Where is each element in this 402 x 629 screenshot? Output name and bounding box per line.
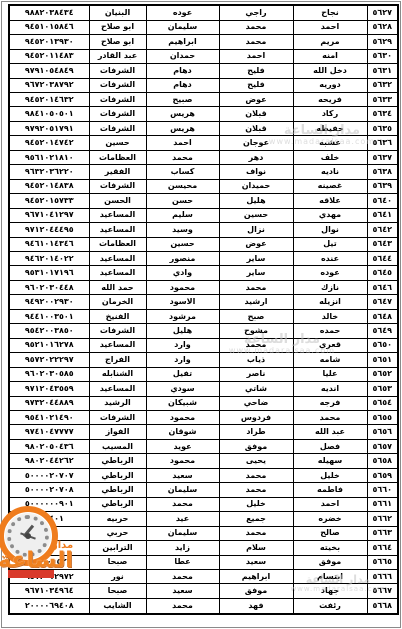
cell-father-name: فهد [219, 598, 293, 614]
cell-id: ٥٦٤٦ [367, 280, 398, 294]
cell-family-name: الشنابله [89, 367, 146, 381]
table-row: ٥٦٢٧ نجاح راجي عوده البنيان ٩٨٨٢٠٣٨٤٣٤ [9, 5, 398, 20]
table-row: ٥٦٦٢ خضره جميع عيد حربيه ٠٠٤٤٠١ [9, 512, 398, 526]
cell-first-name: قعري [293, 338, 367, 352]
cell-phone: ٩٨٤١٠٥٠٥٠١ [9, 107, 89, 121]
cell-grandfather-name: محمد [146, 150, 219, 164]
cell-grandfather-name: حسن [146, 194, 219, 208]
table-row: ٥٦٦٠ فاطمه محمد سليمان الرباطي ٥٠٠٠٠٢٠٧٠… [9, 483, 398, 497]
cell-father-name: محمد [219, 526, 293, 540]
cell-phone: ٩٦٧٢٠٣٨٧٩٢ [9, 78, 89, 92]
cell-grandfather-name: وارد [146, 338, 219, 352]
cell-family-name: حسين [89, 136, 146, 150]
cell-first-name: انزيله [293, 295, 367, 309]
cell-phone: ٩٦٧١٠٣٤٩٦٤ [9, 584, 89, 598]
cell-phone: ٩٤٥٢٠١٤٦٣٢ [9, 93, 89, 107]
cell-grandfather-name: حمدان [146, 49, 219, 63]
cell-father-name: محمد [219, 338, 293, 352]
cell-father-name: دهر [219, 150, 293, 164]
table-row: ٥٦٦١ احمد خليل محمد الرباطي ٥٠٠٠٠٠٠٩٠١ [9, 497, 398, 511]
table-row: ٥٦٥٠ قعري محمد وارد المساعيد ٩٥٢١٠١٦٢٧٨ [9, 338, 398, 352]
cell-phone: ٩٧١٢٠٤٣٥٥٩ [9, 382, 89, 396]
cell-grandfather-name: محمود [146, 410, 219, 424]
cell-father-name: محمد [219, 35, 293, 49]
cell-father-name: محمد [219, 20, 293, 34]
cell-id: ٥٦٤٠ [367, 194, 398, 208]
cell-phone: ٩٨٠٢٠٤٤٢٦٢ [9, 454, 89, 468]
cell-first-name: خلف [293, 150, 367, 164]
table-row: ٥٦٤٠ علاقه هليل حسن الحسن ٩٤٥٢٠١٥٧٣٣ [9, 194, 398, 208]
table-row: ٥٦٣٢ دوريه فليح دهام الشرفات ٩٦٧٢٠٣٨٧٩٢ [9, 78, 398, 92]
cell-family-name: الشرفات [89, 410, 146, 424]
cell-first-name: مريم [293, 35, 367, 49]
table-row: ٥٦٤٩ حمده مشوح هليل الشرفات ٩٥٤٢٠٠٣٨٥٠ [9, 324, 398, 338]
cell-grandfather-name: وارد [146, 353, 219, 367]
cell-father-name: راجي [219, 5, 293, 20]
cell-first-name: فرجه [293, 396, 367, 410]
cell-family-name: نور [89, 569, 146, 583]
cell-first-name: ركاد [293, 107, 367, 121]
cell-id: ٥٦٥٨ [367, 454, 398, 468]
table-row: ٥٦٥٩ خليل محمد سعيد الرباطي ٥٠٠٠٠٢٠٧٠٧ [9, 468, 398, 482]
cell-family-name: الرباطي [89, 483, 146, 497]
cell-father-name: محمد [219, 483, 293, 497]
cell-grandfather-name: هليل [146, 324, 219, 338]
cell-phone: ٩٦٧١٠٤١٢٩٧ [9, 208, 89, 222]
cell-phone: ٩٧٤١٠٤٧٧٧٧ [9, 425, 89, 439]
cell-father-name: جميع [219, 512, 293, 526]
cell-father-name: محمد [219, 280, 293, 294]
cell-phone: ٩٧٣٢٠٤٤٨٨٩ [9, 396, 89, 410]
cell-grandfather-name: منصور [146, 252, 219, 266]
cell-family-name: صبحا [89, 584, 146, 598]
cell-grandfather-name: شوقان [146, 425, 219, 439]
cell-phone: ٩٤٥٢٠١٥٧٣٣ [9, 194, 89, 208]
cell-father-name: ساير [219, 266, 293, 280]
cell-family-name: المساعيد [89, 223, 146, 237]
cell-id: ٥٦٣٥ [367, 121, 398, 135]
table-row: ٥٦٤٥ عوده ساير وادي المساعيد ٩٥٣١٠١٧١٩٦ [9, 266, 398, 280]
cell-phone: ٢٠٠٠٠٦٩٤٠٨ [9, 598, 89, 614]
cell-grandfather-name: عيد [146, 512, 219, 526]
cell-phone: ٩٧٩٢٠٥١٧٩١ [9, 121, 89, 135]
cell-father-name: نواف [219, 165, 293, 179]
cell-id: ٥٦٤١ [367, 208, 398, 222]
cell-family-name: الخرمان [89, 295, 146, 309]
cell-first-name: عوده [293, 266, 367, 280]
cell-id: ٥٦٤٩ [367, 324, 398, 338]
cell-first-name: فصل [293, 439, 367, 453]
cell-phone: ٠٠٤٤٠١ [9, 512, 89, 526]
cell-id: ٥٦٣٧ [367, 150, 398, 164]
cell-father-name: عوض [219, 237, 293, 251]
cell-id: ٥٦٣٨ [367, 165, 398, 179]
table-row: ٥٦٦٨ رئفت فهد محمد الشايب ٢٠٠٠٠٦٩٤٠٨ [9, 598, 398, 614]
cell-id: ٥٦٣٠ [367, 49, 398, 63]
cell-grandfather-name: وسيد [146, 223, 219, 237]
table-row: ٥٦٦٤ بخيته سلام زايد الترابين ٧ [9, 541, 398, 555]
cell-first-name: انديه [293, 382, 367, 396]
cell-family-name: ابو صلاح [89, 20, 146, 34]
cell-grandfather-name: الاسود [146, 295, 219, 309]
table-row: ٥٦٦٦ ابتسام ابراهيم محمد نور ٩٥١٢٠١٢٩٧٢ [9, 569, 398, 583]
cell-father-name: ناصر [219, 367, 293, 381]
cell-family-name: حربي [89, 526, 146, 540]
cell-family-name: الترابين [89, 541, 146, 555]
cell-id: ٥٦٦٤ [367, 541, 398, 555]
cell-first-name: ناديه [293, 165, 367, 179]
cell-grandfather-name: عوده [146, 5, 219, 20]
cell-grandfather-name: سليمان [146, 526, 219, 540]
cell-phone: ٩٤٥٢٠١٤٧٤٢ [9, 136, 89, 150]
cell-family-name: المساعيد [89, 338, 146, 352]
cell-father-name: عوجان [219, 136, 293, 150]
cell-id: ٥٦٣٢ [367, 78, 398, 92]
cell-id: ٥٦٥٦ [367, 425, 398, 439]
table-row: ٥٦٤٤ عنده ساير منصور المساعيد ٩٤٦٢٠١٤٠٢٢ [9, 252, 398, 266]
cell-phone: ٩٦٠٢٠٣٠٤٤٨ [9, 280, 89, 294]
table-row: ٥٦٣٨ ناديه نواف كساب الفقير ٩٦٣٢٠٣٦٢٢٠ [9, 165, 398, 179]
cell-grandfather-name: زايد [146, 541, 219, 555]
table-row: ٥٦٢٨ احمد محمد سليمان ابو صلاح ٩٤٥١٠١٥٨٤… [9, 20, 398, 34]
cell-phone: ٩٤٤١٠٠٣٥٠١ [9, 309, 89, 323]
table-row: ٥٦٥٨ سهيله يحيى محمود الرباطي ٩٨٠٢٠٤٤٢٦٢ [9, 454, 398, 468]
cell-id: ٥٦٢٧ [367, 5, 398, 20]
cell-first-name: عنده [293, 252, 367, 266]
cell-father-name: احمد [219, 49, 293, 63]
table-row: ٥٦٥٤ فرجه ضاحي شبيكان الرشيد ٩٧٣٢٠٤٤٨٨٩ [9, 396, 398, 410]
records-table: ٥٦٢٧ نجاح راجي عوده البنيان ٩٨٨٢٠٣٨٤٣٤ ٥… [8, 4, 399, 615]
cell-family-name: الشرفات [89, 93, 146, 107]
cell-father-name: صبح [219, 309, 293, 323]
cell-father-name: يحيى [219, 454, 293, 468]
cell-grandfather-name: سليمان [146, 20, 219, 34]
cell-family-name: حمد الله [89, 280, 146, 294]
table-row: ٥٦٤٣ تيل عوض حسين العظامات ٩٤٦١٠١٤٣٤٦ [9, 237, 398, 251]
cell-id: ٥٦٤٨ [367, 309, 398, 323]
cell-first-name: سهيله [293, 454, 367, 468]
cell-family-name: الرباطي [89, 497, 146, 511]
cell-first-name: موفق [293, 555, 367, 569]
cell-father-name: موفق [219, 584, 293, 598]
cell-grandfather-name: كساب [146, 165, 219, 179]
table-row: ٥٦٥١ شامه ذياب وارد الفراج ٩٥٧٢٠٢٢٢٩٧ [9, 353, 398, 367]
cell-phone: ٦٢٨١٠٠٥٢٣ [9, 555, 89, 569]
cell-grandfather-name: سعيد [146, 468, 219, 482]
cell-id: ٥٦٦١ [367, 497, 398, 511]
cell-first-name: نازك [293, 280, 367, 294]
cell-id: ٥٦٣٩ [367, 179, 398, 193]
cell-phone: ٧ [9, 541, 89, 555]
table-row: ٥٦٦٥ موفق سعيد عطا صبحا ٦٢٨١٠٠٥٢٣ [9, 555, 398, 569]
cell-id: ٥٦٣٤ [367, 107, 398, 121]
cell-father-name: هليل [219, 194, 293, 208]
cell-grandfather-name: محيسن [146, 179, 219, 193]
cell-family-name: الشايب [89, 598, 146, 614]
table-row: ٥٦٣٦ عشبه عوجان احمد حسين ٩٤٥٢٠١٤٧٤٢ [9, 136, 398, 150]
cell-family-name: الشرفات [89, 179, 146, 193]
cell-father-name: خليل [219, 497, 293, 511]
cell-family-name: المساعيد [89, 208, 146, 222]
cell-first-name: تيل [293, 237, 367, 251]
cell-first-name: امنه [293, 49, 367, 63]
cell-father-name: فليح [219, 64, 293, 78]
cell-father-name: عوض [219, 93, 293, 107]
cell-phone: ٩٥١٢٠١٢٩٧٢ [9, 569, 89, 583]
cell-id: ٥٦٥٤ [367, 396, 398, 410]
cell-father-name: ضاحي [219, 396, 293, 410]
cell-id: ٥٦٦٢ [367, 512, 398, 526]
cell-phone: ٩٥٢١٠١٦٢٧٨ [9, 338, 89, 352]
cell-father-name: قبلان [219, 107, 293, 121]
cell-grandfather-name: عويد [146, 439, 219, 453]
table-row: ٥٦٤٨ خالد صبح مرشود الفنيخ ٩٤٤١٠٠٣٥٠١ [9, 309, 398, 323]
cell-id: ٥٦٥٠ [367, 338, 398, 352]
cell-first-name: عبد الله [293, 425, 367, 439]
cell-family-name: المساعيد [89, 382, 146, 396]
cell-grandfather-name: دهام [146, 78, 219, 92]
cell-id: ٥٦٢٨ [367, 20, 398, 34]
cell-id: ٥٦٤٧ [367, 295, 398, 309]
cell-first-name: دوريه [293, 78, 367, 92]
cell-first-name: نجاح [293, 5, 367, 20]
cell-grandfather-name: هريس [146, 121, 219, 135]
cell-first-name: حفيظه [293, 121, 367, 135]
table-row: ٥٦٥٦ عبد الله طراد شوقان الفواز ٩٧٤١٠٤٧٧… [9, 425, 398, 439]
cell-first-name: عليا [293, 367, 367, 381]
cell-grandfather-name: صبيح [146, 93, 219, 107]
cell-first-name: دخل الله [293, 64, 367, 78]
table-row: ٥٦٣٩ غصينه حميدان محيسن الشرفات ٩٤٥٢٠١٤٨… [9, 179, 398, 193]
cell-father-name: نزال [219, 223, 293, 237]
cell-grandfather-name: مرشود [146, 309, 219, 323]
cell-family-name: عبد القادر [89, 49, 146, 63]
cell-id: ٥٦٥٣ [367, 382, 398, 396]
cell-grandfather-name: سعيد [146, 584, 219, 598]
cell-phone: ٩٥٧٢٠٢٢٢٩٧ [9, 353, 89, 367]
cell-family-name: الشرفات [89, 107, 146, 121]
table-row: ٥٦٤٢ نوال نزال وسيد المساعيد ٩٧١٢٠٤٤٤٩٥ [9, 223, 398, 237]
cell-id: ٥٦٣١ [367, 64, 398, 78]
cell-family-name: الشرفات [89, 64, 146, 78]
cell-family-name: الفواز [89, 425, 146, 439]
table-row: ٥٦٤٦ نازك محمد محمود حمد الله ٩٦٠٢٠٣٠٤٤٨ [9, 280, 398, 294]
cell-family-name: الحسن [89, 194, 146, 208]
table-row: ٥٦٥٧ فصل موفق عويد المسيب ٩٨٠٢٠٥٠٤٣٦ [9, 439, 398, 453]
cell-father-name: شاتي [219, 382, 293, 396]
table-row: ٥٦٤١ مهدي حسين سليم المساعيد ٩٦٧١٠٤١٢٩٧ [9, 208, 398, 222]
cell-phone: ٩٥٤٢٠٠٣٨٥٠ [9, 324, 89, 338]
table-row: ٥٦٥٥ محمد فردوس محمود الشرفات ٩٥٤١٠٢١٤٩٠ [9, 410, 398, 424]
cell-family-name: الرشيد [89, 396, 146, 410]
cell-id: ٥٦٦٠ [367, 483, 398, 497]
cell-phone: ٩٤٩٢٠٠٢٩٣٠ [9, 295, 89, 309]
cell-phone: ٩٤٥٢٠١١٤٨٣ [9, 49, 89, 63]
cell-id: ٥٦٤٥ [367, 266, 398, 280]
cell-first-name: غصينه [293, 179, 367, 193]
cell-phone: ٩٤٥١٠١٥٨٤٦ [9, 20, 89, 34]
cell-family-name: البنيان [89, 5, 146, 20]
cell-father-name: سلام [219, 541, 293, 555]
cell-grandfather-name: حسين [146, 237, 219, 251]
cell-grandfather-name: محمد [146, 569, 219, 583]
cell-id: ٥٦٦٦ [367, 569, 398, 583]
cell-family-name: المساعيد [89, 266, 146, 280]
table-row: ٥٦٢٩ مريم محمد ابراهيم ابو صلاح ٩٤٥٢٠١٣٩… [9, 35, 398, 49]
cell-phone: ٥٠٠٠٠٢٠٧٠٧ [9, 468, 89, 482]
cell-father-name: مشوح [219, 324, 293, 338]
cell-family-name: الفقير [89, 165, 146, 179]
cell-grandfather-name: تفيل [146, 367, 219, 381]
cell-phone: ٩٥٦١٠٢١٨١٠ [9, 150, 89, 164]
cell-first-name: احمد [293, 20, 367, 34]
cell-phone: ٩٥٤١٠٢١٤٩٠ [9, 410, 89, 424]
table-row: ٥٦٣١ دخل الله فليح دهام الشرفات ٩٧٩١٠٥٤٨… [9, 64, 398, 78]
cell-phone: ٩٤٦١٠١٤٣٤٦ [9, 237, 89, 251]
cell-family-name: ابو صلاح [89, 35, 146, 49]
cell-first-name: ابتسام [293, 569, 367, 583]
cell-family-name: العظامات [89, 237, 146, 251]
cell-first-name: خالد [293, 309, 367, 323]
cell-first-name: بخيته [293, 541, 367, 555]
cell-phone: ٥٠٠٠٠٠٠٩٠١ [9, 497, 89, 511]
cell-grandfather-name: شبيكان [146, 396, 219, 410]
cell-family-name: صبحا [89, 555, 146, 569]
cell-family-name: الشرفات [89, 324, 146, 338]
table-row: ٥٦٣٥ حفيظه قبلان هريس الشرفات ٩٧٩٢٠٥١٧٩١ [9, 121, 398, 135]
cell-phone: ٩٨٨٢٠٣٨٤٣٤ [9, 5, 89, 20]
cell-first-name: صالح [293, 526, 367, 540]
records-table-body: ٥٦٢٧ نجاح راجي عوده البنيان ٩٨٨٢٠٣٨٤٣٤ ٥… [9, 5, 398, 614]
table-row: ٥٦٦٧ جهاد موفق سعيد صبحا ٩٦٧١٠٣٤٩٦٤ [9, 584, 398, 598]
cell-phone: ٩٧٩١٠٥٤٨٤٩ [9, 64, 89, 78]
cell-phone: ٩٦٠٢٠٣٠٥٨٥ [9, 367, 89, 381]
cell-father-name: فردوس [219, 410, 293, 424]
cell-id: ٥٦٥٢ [367, 367, 398, 381]
cell-id: ٥٦٦٥ [367, 555, 398, 569]
cell-grandfather-name: محمود [146, 280, 219, 294]
cell-family-name: الرباطي [89, 454, 146, 468]
cell-father-name: ذياب [219, 353, 293, 367]
cell-id: ٥٦٦٧ [367, 584, 398, 598]
cell-first-name: فريحه [293, 93, 367, 107]
cell-family-name: الشرفات [89, 121, 146, 135]
cell-grandfather-name: ابراهيم [146, 35, 219, 49]
cell-id: ٥٦٥٧ [367, 439, 398, 453]
cell-grandfather-name: محمود [146, 454, 219, 468]
cell-phone: ٩٦٣٢٠٣٦٢٢٠ [9, 165, 89, 179]
cell-family-name: العظامات [89, 150, 146, 164]
cell-father-name: ابراهيم [219, 569, 293, 583]
cell-family-name: الفراج [89, 353, 146, 367]
cell-father-name: حميدان [219, 179, 293, 193]
cell-first-name: فاطمه [293, 483, 367, 497]
cell-phone: ٩٤٥٢٠١٣٩٣٠ [9, 35, 89, 49]
cell-id: ٥٦٤٣ [367, 237, 398, 251]
cell-id: ٥٦٣٣ [367, 93, 398, 107]
cell-id: ٥٦٦٨ [367, 598, 398, 614]
cell-father-name: فليح [219, 78, 293, 92]
cell-grandfather-name: دهام [146, 64, 219, 78]
table-row: ٥٦٥٣ انديه شاتي سودي المساعيد ٩٧١٢٠٤٣٥٥٩ [9, 382, 398, 396]
cell-id: ٥٦٥٩ [367, 468, 398, 482]
cell-grandfather-name: سودي [146, 382, 219, 396]
table-row: ٥٦٣٣ فريحه عوض صبيح الشرفات ٩٤٥٢٠١٤٦٣٢ [9, 93, 398, 107]
cell-id: ٥٦٣٦ [367, 136, 398, 150]
cell-family-name: الفنيخ [89, 309, 146, 323]
cell-family-name: حربيه [89, 512, 146, 526]
cell-grandfather-name: محمد [146, 598, 219, 614]
cell-phone: ٥٠٠٠٠٢٠٧٠٨ [9, 483, 89, 497]
table-row: ٥٦٣٧ خلف دهر محمد العظامات ٩٥٦١٠٢١٨١٠ [9, 150, 398, 164]
table-row: ٥٦٤٧ انزيله ارشيد الاسود الخرمان ٩٤٩٢٠٠٢… [9, 295, 398, 309]
cell-father-name: موفق [219, 439, 293, 453]
cell-first-name: حمده [293, 324, 367, 338]
table-row: ٥٦٣٠ امنه احمد حمدان عبد القادر ٩٤٥٢٠١١٤… [9, 49, 398, 63]
cell-father-name: محمد [219, 468, 293, 482]
cell-first-name: شامه [293, 353, 367, 367]
cell-phone: ٧ [9, 526, 89, 540]
cell-family-name: المسيب [89, 439, 146, 453]
cell-father-name: قبلان [219, 121, 293, 135]
cell-phone: ٩٧١٢٠٤٤٤٩٥ [9, 223, 89, 237]
cell-id: ٥٦٥١ [367, 353, 398, 367]
cell-phone: ٩٤٥٢٠١٤٨٣٨ [9, 179, 89, 193]
table-row: ٥٦٦٣ صالح محمد سليمان حربي ٧ [9, 526, 398, 540]
cell-grandfather-name: سليم [146, 208, 219, 222]
cell-first-name: رئفت [293, 598, 367, 614]
cell-id: ٥٦٥٥ [367, 410, 398, 424]
cell-id: ٥٦٢٩ [367, 35, 398, 49]
cell-grandfather-name: احمد [146, 136, 219, 150]
cell-id: ٥٦٤٢ [367, 223, 398, 237]
cell-father-name: حسين [219, 208, 293, 222]
cell-father-name: طراد [219, 425, 293, 439]
cell-family-name: الشرفات [89, 78, 146, 92]
cell-family-name: الرباطي [89, 468, 146, 482]
cell-first-name: علاقه [293, 194, 367, 208]
cell-phone: ٩٨٠٢٠٥٠٤٣٦ [9, 439, 89, 453]
cell-first-name: خضره [293, 512, 367, 526]
cell-first-name: محمد [293, 410, 367, 424]
cell-father-name: سعيد [219, 555, 293, 569]
table-row: ٥٦٣٤ ركاد قبلان هريس الشرفات ٩٨٤١٠٥٠٥٠١ [9, 107, 398, 121]
cell-first-name: جهاد [293, 584, 367, 598]
cell-first-name: خليل [293, 468, 367, 482]
cell-first-name: نوال [293, 223, 367, 237]
table-row: ٥٦٥٢ عليا ناصر تفيل الشنابله ٩٦٠٢٠٣٠٥٨٥ [9, 367, 398, 381]
cell-phone: ٩٥٣١٠١٧١٩٦ [9, 266, 89, 280]
cell-grandfather-name: وادي [146, 266, 219, 280]
cell-first-name: مهدي [293, 208, 367, 222]
cell-grandfather-name: سليمان [146, 483, 219, 497]
cell-father-name: ارشيد [219, 295, 293, 309]
cell-grandfather-name: هريس [146, 107, 219, 121]
cell-first-name: احمد [293, 497, 367, 511]
cell-phone: ٩٤٦٢٠١٤٠٢٢ [9, 252, 89, 266]
cell-first-name: عشبه [293, 136, 367, 150]
cell-father-name: ساير [219, 252, 293, 266]
cell-family-name: المساعيد [89, 252, 146, 266]
cell-grandfather-name: محمد [146, 497, 219, 511]
cell-id: ٥٦٤٤ [367, 252, 398, 266]
cell-grandfather-name: عطا [146, 555, 219, 569]
cell-id: ٥٦٦٣ [367, 526, 398, 540]
